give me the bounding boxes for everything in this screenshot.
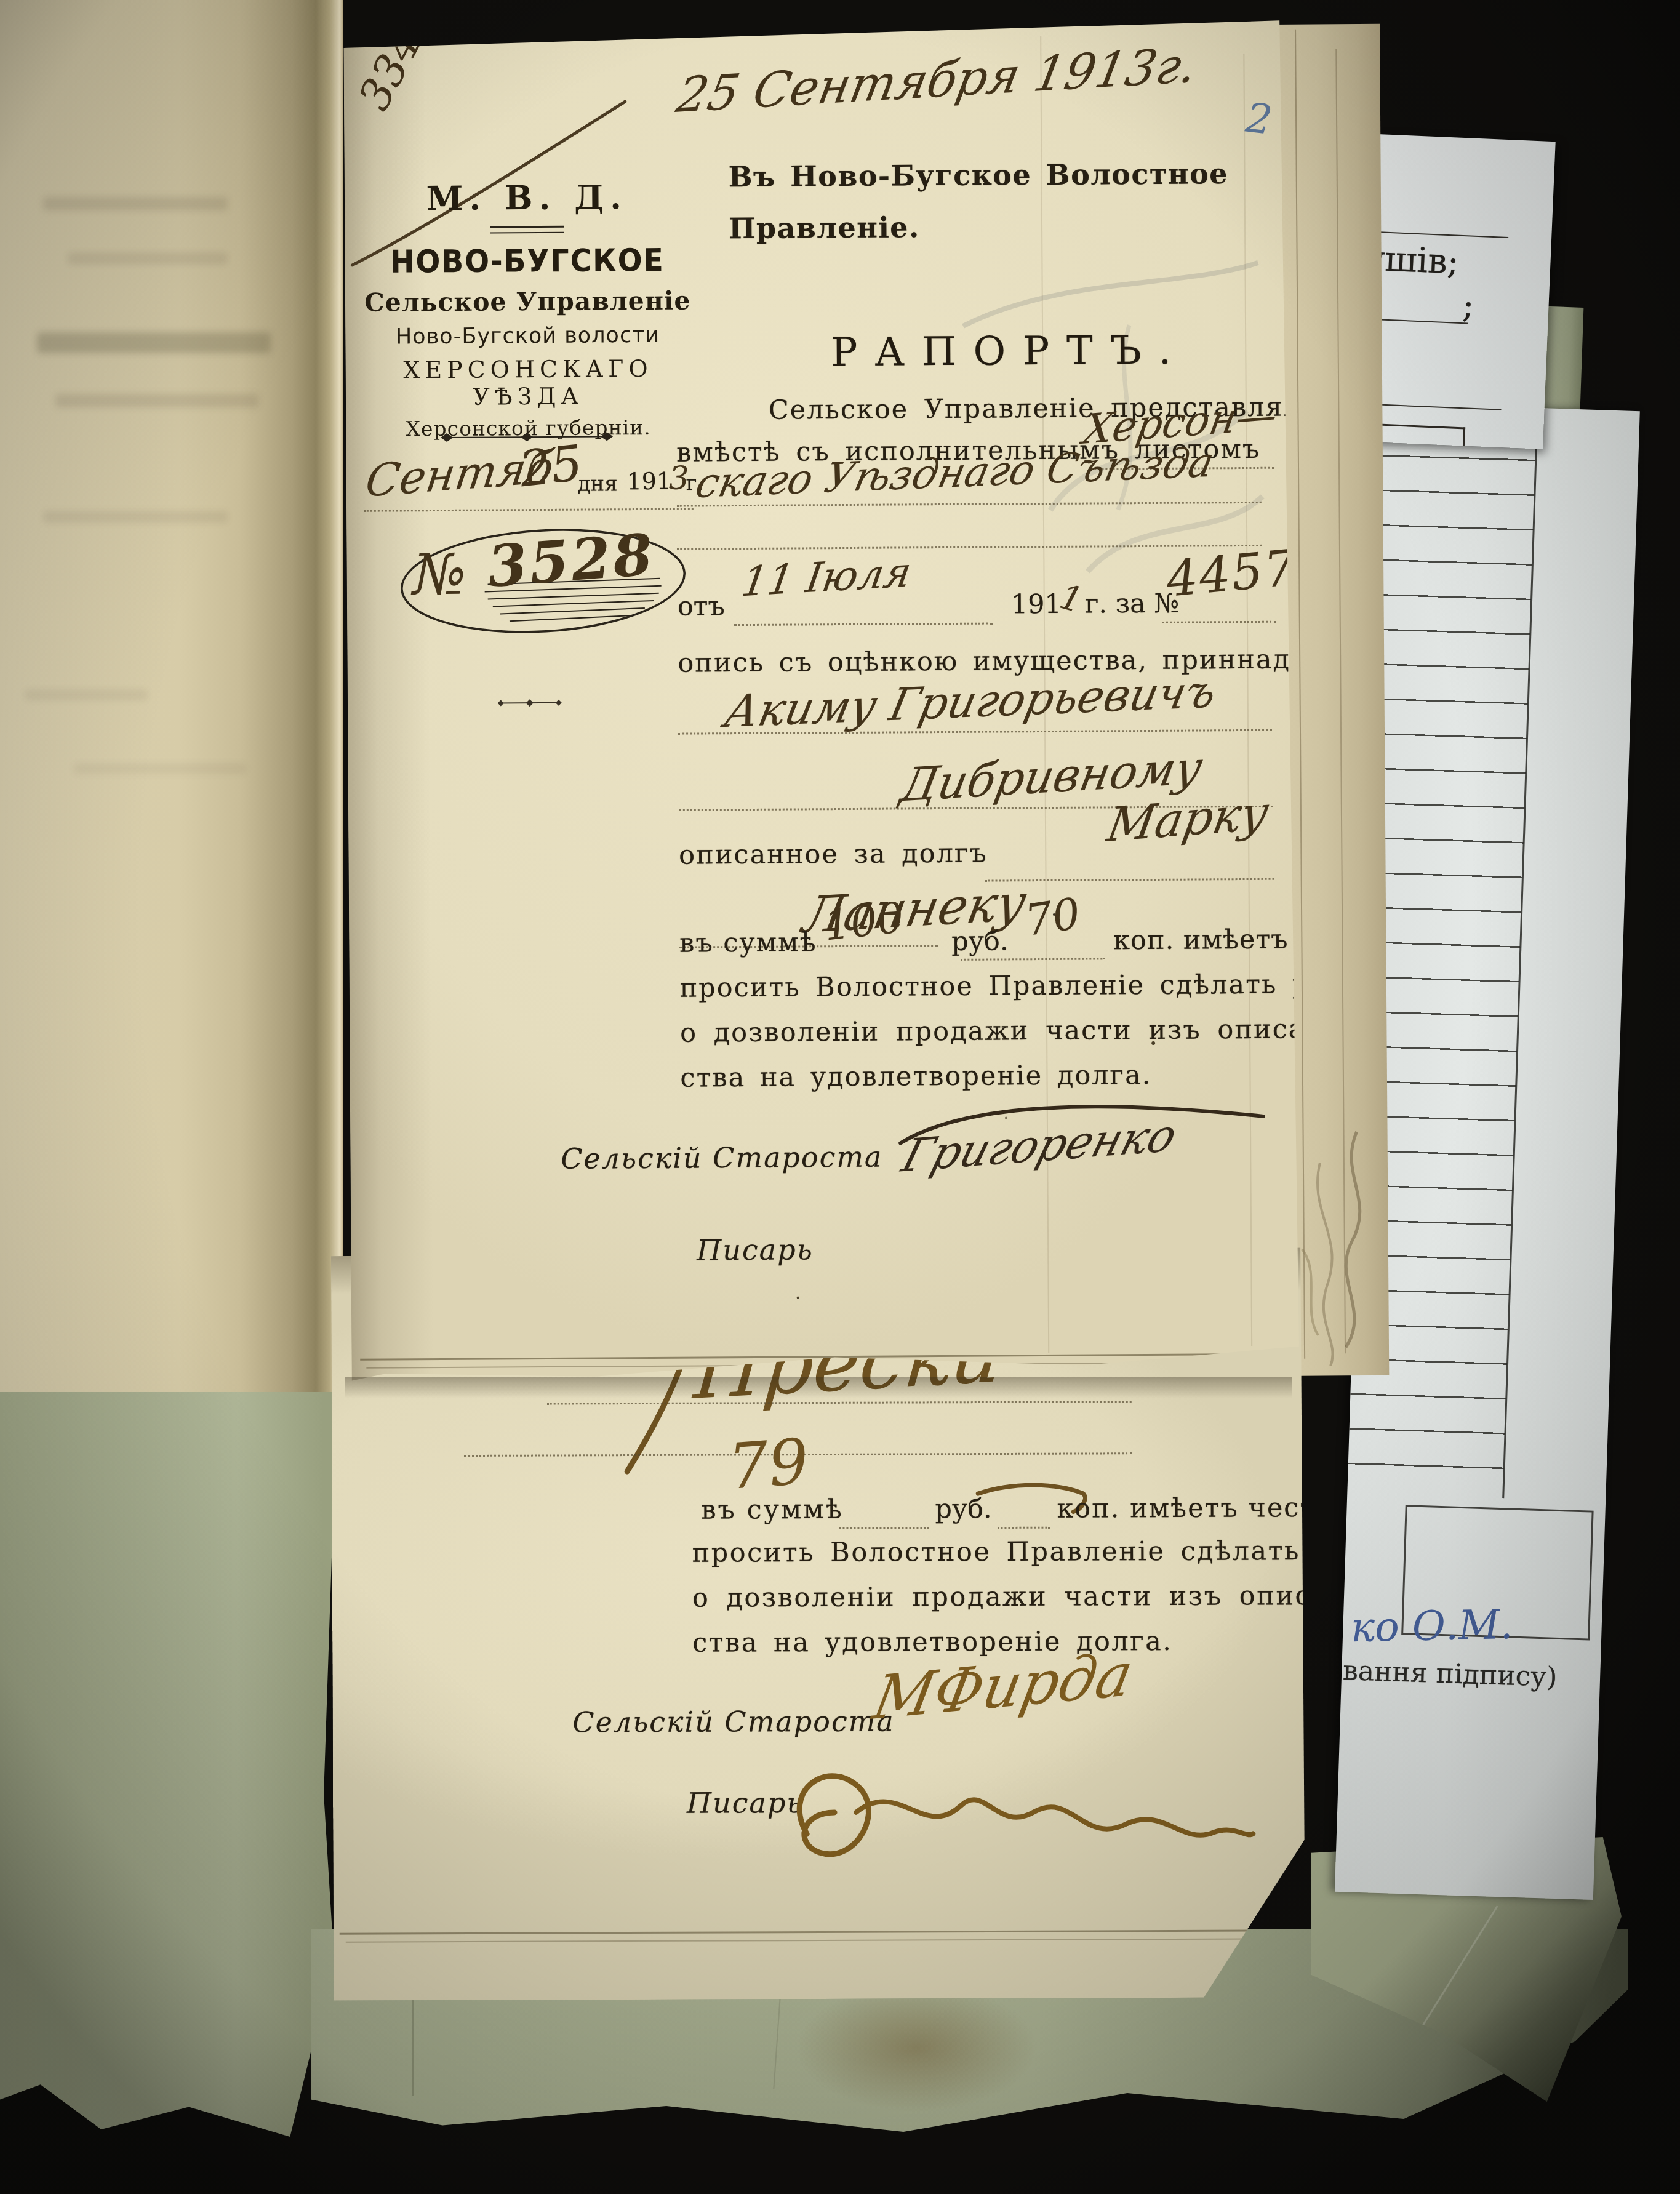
letterhead-block: М. В. Д. НОВО-БУГСКОЕ Сельское Управлені… (359, 177, 697, 441)
bleedthrough-text-smudge (37, 332, 271, 353)
date-underline (364, 508, 694, 512)
rub-label: руб. (951, 926, 1009, 957)
letterhead-date-row: Сентяб 25 дня 191 3 г. (361, 435, 697, 517)
addressee-line1: Въ Ново-Бугское Волостное (728, 157, 1228, 193)
signature-caption-fragment: вання підпису) (1342, 1655, 1558, 1693)
fill-line (1162, 621, 1276, 623)
letterhead-rule (490, 226, 564, 234)
cast-shadow (345, 1377, 1292, 1398)
bleedthrough-text-smudge (25, 689, 148, 700)
green-folder-left (0, 1392, 337, 2137)
debt-label: описанное за долгъ (679, 838, 988, 871)
pisar-signature-scribble (758, 1752, 1263, 1883)
left-verso-page (0, 0, 343, 1414)
fill-line (998, 1527, 1050, 1529)
ink-specks (1053, 913, 1055, 916)
addressee-line2: Правленіе. (729, 210, 920, 245)
report-sheet-1: 3343 25 Сентября 1913г. 2 Въ Ново-Бугско… (340, 17, 1303, 1383)
white-sheet-top-fragment: ушів; ; (1364, 134, 1556, 449)
date-year-printed: 191 (626, 468, 671, 495)
kop-label: коп. имѣетъ честь (1057, 1492, 1331, 1524)
number-oval-block: № 3528 (395, 522, 691, 641)
page-number-pencil: 2 (1244, 94, 1275, 144)
date-day-handwriting: 25 (517, 434, 585, 498)
sum-rubles-handwriting: 79 (726, 1425, 811, 1504)
bleedthrough-text-smudge (43, 511, 228, 523)
received-date-handwriting: 25 Сентября 1913г. (673, 38, 1201, 124)
staroste-label: Сельскій Староста (572, 1705, 894, 1739)
letterhead-office: Сельское Управленіе (360, 286, 695, 317)
sum-kopecks-handwriting: 70 (1022, 888, 1083, 946)
from-label: отъ (678, 591, 725, 622)
bleedthrough-text-smudge (55, 394, 258, 407)
fill-line (961, 958, 1105, 960)
report-title: РАПОРТЪ. (831, 328, 1188, 376)
from-date-handwriting: 11 Іюля (738, 548, 914, 606)
number-value-handwriting: 3528 (486, 521, 657, 600)
rub-label: руб. (935, 1494, 992, 1524)
letterhead-volost: Ново-Бугской волости (360, 322, 695, 349)
fill-line (734, 623, 993, 627)
bleedthrough-text-smudge (74, 763, 246, 774)
letterhead-ministry: М. В. Д. (359, 177, 695, 218)
za-number-label: г. за № (1085, 588, 1180, 620)
archival-photo-stage: ко О.М. вання підпису) ушів; ; Прески 79 (0, 0, 1680, 2194)
fold-crease (1243, 54, 1252, 1346)
bottom-crease-line (340, 1929, 1283, 1934)
year-printed: 191 (1011, 589, 1062, 620)
form-line (1364, 231, 1508, 238)
small-ornament (493, 696, 567, 710)
doc-number-handwriting: 4457 (1164, 539, 1299, 608)
sum-label: въ суммѣ (701, 1494, 844, 1526)
number-sign: № (412, 542, 466, 608)
bleedthrough-text-smudge (43, 197, 228, 210)
sum-label: въ суммѣ (679, 927, 817, 958)
bleedthrough-text-smudge (68, 252, 228, 265)
date-dnya-label: дня (577, 471, 617, 496)
archivist-signature: ко О.М. (1350, 1601, 1513, 1652)
form-line (1364, 402, 1501, 410)
fill-line (839, 1527, 929, 1529)
letterhead-name: НОВО-БУГСКОЕ (359, 242, 695, 281)
text-fragment-semicolon: ; (1462, 286, 1475, 326)
pisar-label: Писарь (697, 1233, 814, 1267)
bottom-crease-line (346, 1938, 1270, 1942)
staroste-label: Сельскій Староста (561, 1140, 882, 1175)
body-line8: ства на удовлетвореніе долга. (680, 1060, 1151, 1094)
sum-rubles-handwriting: 100 (822, 894, 906, 951)
letterhead-uezd: ХЕРСОНСКАГО УѢЗДА (360, 354, 696, 410)
